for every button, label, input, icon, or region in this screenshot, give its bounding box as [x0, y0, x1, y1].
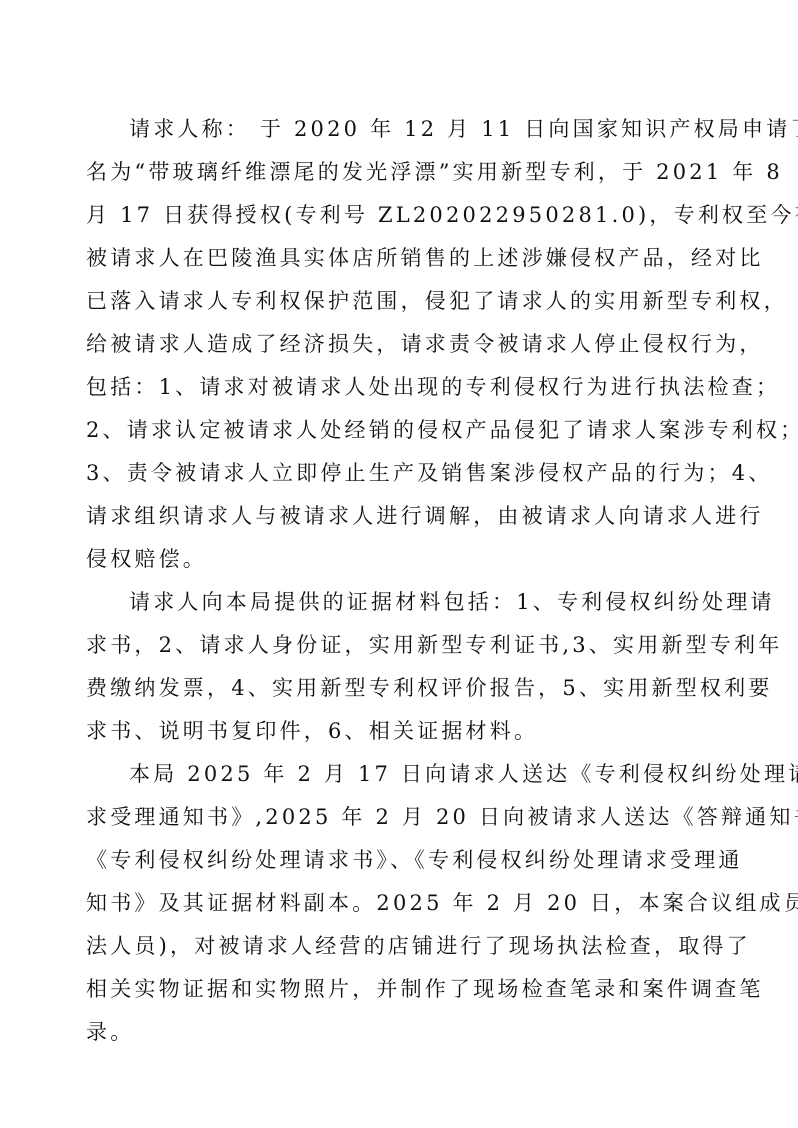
paragraph-procedure: 本局 2025 年 2 月 17 日向请求人送达《专利侵权纠纷处理请 求受理通知…: [86, 753, 711, 1054]
text-line: 录。: [86, 1011, 711, 1054]
text-line: 包括：1、请求对被请求人处出现的专利侵权行为进行执法检查；: [86, 366, 711, 409]
text-line: 侵权赔偿。: [86, 538, 711, 581]
paragraph-request-statement: 请求人称： 于 2020 年 12 月 11 日向国家知识产权局申请了 名为“带…: [86, 108, 711, 581]
text-line: 3、责令被请求人立即停止生产及销售案涉侵权产品的行为；4、: [86, 452, 711, 495]
text-line: 请求人称： 于 2020 年 12 月 11 日向国家知识产权局申请了: [86, 108, 711, 151]
text-line: 求书，2、请求人身份证，实用新型专利证书,3、实用新型专利年: [86, 624, 711, 667]
text-line: 请求组织请求人与被请求人进行调解，由被请求人向请求人进行: [86, 495, 711, 538]
document-body: 请求人称： 于 2020 年 12 月 11 日向国家知识产权局申请了 名为“带…: [86, 108, 711, 1054]
text-line: 本局 2025 年 2 月 17 日向请求人送达《专利侵权纠纷处理请: [86, 753, 711, 796]
text-line: 已落入请求人专利权保护范围，侵犯了请求人的实用新型专利权，: [86, 280, 711, 323]
text-line: 月 17 日获得授权(专利号 ZL202022950281.0)，专利权至今有效…: [86, 194, 711, 237]
text-line: 请求人向本局提供的证据材料包括：1、专利侵权纠纷处理请: [86, 581, 711, 624]
text-line: 2、请求认定被请求人处经销的侵权产品侵犯了请求人案涉专利权；: [86, 409, 711, 452]
text-line: 相关实物证据和实物照片，并制作了现场检查笔录和案件调查笔: [86, 968, 711, 1011]
text-line: 给被请求人造成了经济损失，请求责令被请求人停止侵权行为，: [86, 323, 711, 366]
document-page: 请求人称： 于 2020 年 12 月 11 日向国家知识产权局申请了 名为“带…: [0, 0, 798, 1128]
text-line: 法人员)，对被请求人经营的店铺进行了现场执法检查，取得了: [86, 925, 711, 968]
text-line: 费缴纳发票，4、实用新型专利权评价报告，5、实用新型权利要: [86, 667, 711, 710]
paragraph-evidence-materials: 请求人向本局提供的证据材料包括：1、专利侵权纠纷处理请 求书，2、请求人身份证，…: [86, 581, 711, 753]
text-line: 《专利侵权纠纷处理请求书》、《专利侵权纠纷处理请求受理通: [86, 839, 711, 882]
text-line: 知书》及其证据材料副本。2025 年 2 月 20 日，本案合议组成员(执: [86, 882, 711, 925]
text-line: 求受理通知书》,2025 年 2 月 20 日向被请求人送达《答辩通知书》、: [86, 796, 711, 839]
text-line: 被请求人在巴陵渔具实体店所销售的上述涉嫌侵权产品，经对比: [86, 237, 711, 280]
text-line: 名为“带玻璃纤维漂尾的发光浮漂”实用新型专利，于 2021 年 8: [86, 151, 711, 194]
text-line: 求书、说明书复印件，6、相关证据材料。: [86, 710, 711, 753]
